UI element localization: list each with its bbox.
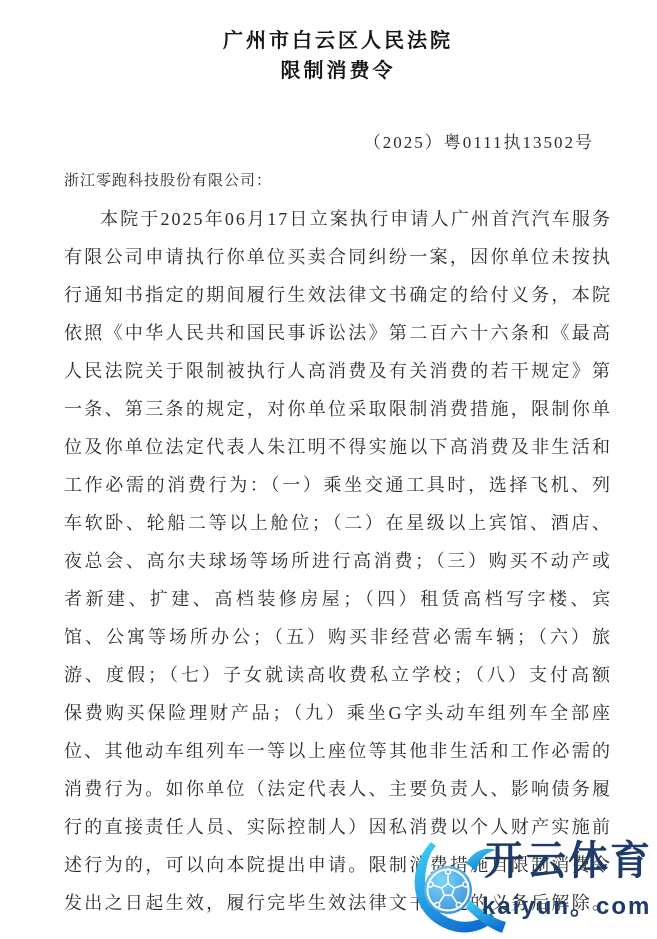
body-line: 车软卧、轮船二等以上舱位；（二）在星级以上宾馆、酒店、	[64, 504, 612, 542]
body-line: 有限公司申请执行你单位买卖合同纠纷一案，因你单位未按执	[64, 238, 612, 276]
body-line: 位、其他动车组列车一等以上座位等其他非生活和工作必需的	[64, 732, 612, 770]
body-line: 一条、第三条的规定，对你单位采取限制消费措施，限制你单	[64, 390, 612, 428]
body-line: 者新建、扩建、高档装修房屋；（四）租赁高档写字楼、宾	[64, 580, 612, 618]
body-paragraph: 本院于2025年06月17日立案执行申请人广州首汽汽车服务有限公司申请执行你单位…	[64, 200, 612, 922]
body-line: 人民法院关于限制被执行人高消费及有关消费的若干规定》第	[64, 352, 612, 390]
body-line: 位及你单位法定代表人朱江明不得实施以下高消费及非生活和	[64, 428, 612, 466]
body-line: 消费行为。如你单位（法定代表人、主要负责人、影响债务履	[64, 770, 612, 808]
court-name: 广州市白云区人民法院	[64, 26, 612, 56]
body-line: 工作必需的消费行为：（一）乘坐交通工具时，选择飞机、列	[64, 466, 612, 504]
body-line: 本院于2025年06月17日立案执行申请人广州首汽汽车服务	[64, 200, 612, 238]
case-number: （2025）粤0111执13502号	[64, 124, 612, 162]
document-body: （2025）粤0111执13502号 浙江零跑科技股份有限公司： 本院于2025…	[0, 124, 657, 922]
document-title: 限制消费令	[64, 56, 612, 86]
body-line: 述行为的，可以向本院提出申请。限制消费措施自限制消费令	[64, 846, 612, 884]
body-line: 行通知书指定的期间履行生效法律文书确定的给付义务，本院	[64, 276, 612, 314]
court-document-page: 广州市白云区人民法院 限制消费令 （2025）粤0111执13502号 浙江零跑…	[0, 0, 657, 939]
body-line: 依照《中华人民共和国民事诉讼法》第二百六十六条和《最高	[64, 314, 612, 352]
body-line: 发出之日起生效，履行完毕生效法律文书确定的义务后解除。	[64, 884, 612, 922]
addressee-line: 浙江零跑科技股份有限公司：	[64, 162, 612, 200]
body-line: 馆、公寓等场所办公；（五）购买非经营必需车辆；（六）旅	[64, 618, 612, 656]
body-line: 夜总会、高尔夫球场等场所进行高消费；（三）购买不动产或	[64, 542, 612, 580]
body-line: 游、度假；（七）子女就读高收费私立学校；（八）支付高额	[64, 656, 612, 694]
document-header: 广州市白云区人民法院 限制消费令	[0, 0, 657, 86]
body-line: 保费购买保险理财产品；（九）乘坐G字头动车组列车全部座	[64, 694, 612, 732]
body-line: 行的直接责任人员、实际控制人）因私消费以个人财产实施前	[64, 808, 612, 846]
